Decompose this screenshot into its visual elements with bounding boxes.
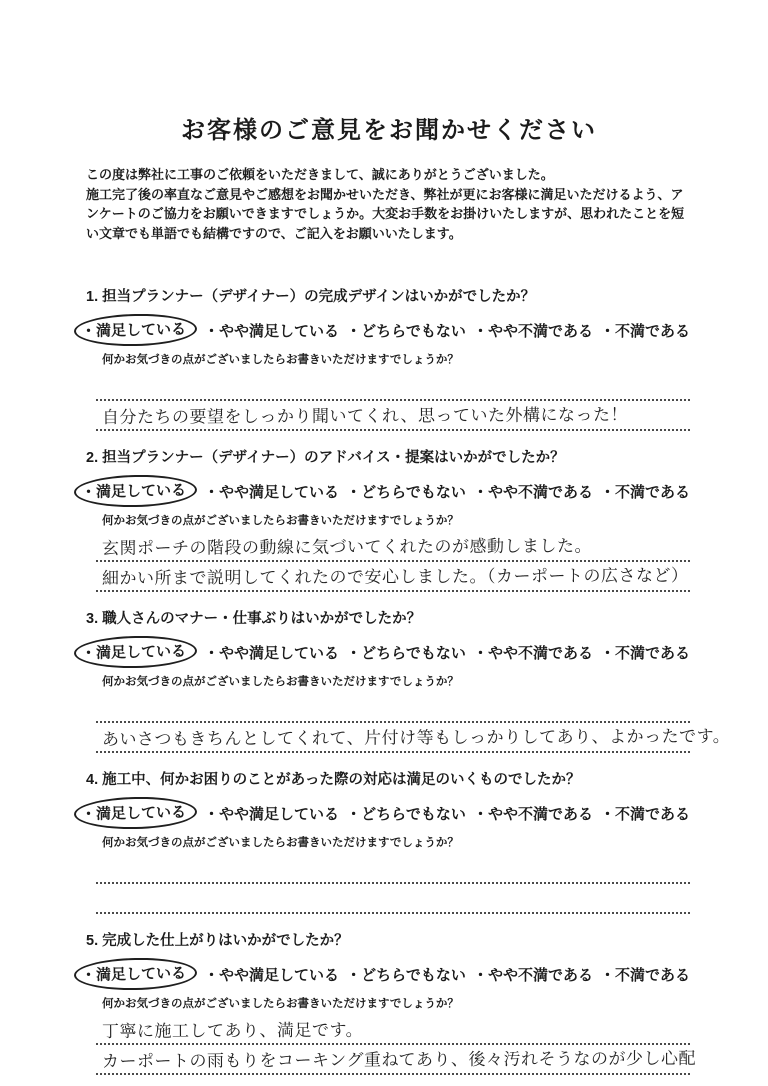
option-label: どちらでもない xyxy=(361,967,466,984)
option-bullet: ・ xyxy=(346,484,361,501)
option-label: どちらでもない xyxy=(361,484,466,501)
option: ・やや満足している xyxy=(204,642,339,663)
handwritten-answer: カーポートの雨もりをコーキング重ねてあり、後々汚れそうなのが少し心配 xyxy=(96,1049,696,1073)
followup-prompt: 何かお気づきの点がございましたらお書きいただけますでしょうか？ xyxy=(102,351,692,367)
answer-line: 自分たちの要望をしっかり聞いてくれ、思っていた外構になった！ xyxy=(96,401,690,431)
answer-area: あいさつもきちんとしてくれて、片付け等もしっかりしてあり、よかったです。 xyxy=(96,693,690,753)
option-label: 不満である xyxy=(615,645,690,662)
option: ・やや不満である xyxy=(473,481,593,502)
answer-line: 丁寧に施工してあり、満足です。 xyxy=(96,1015,690,1045)
option-label: やや不満である xyxy=(488,967,593,984)
option-bullet: ・ xyxy=(473,323,488,340)
option-bullet: ・ xyxy=(473,806,488,823)
option-label: やや不満である xyxy=(488,484,593,501)
answer-area: 玄関ポーチの階段の動線に気づいてくれたのが感動しました。 細かい所まで説明してく… xyxy=(96,532,690,592)
option-label: やや不満である xyxy=(488,806,593,823)
option: ・やや不満である xyxy=(473,964,593,985)
option-bullet: ・ xyxy=(600,645,615,662)
option-label: どちらでもない xyxy=(361,806,466,823)
option: ・どちらでもない xyxy=(346,803,466,824)
option-label: 不満である xyxy=(615,323,690,340)
question-3: 3. 職人さんのマナー・仕事ぶりはいかがでしたか？ ・満足している ・やや満足し… xyxy=(86,607,692,753)
option-label: やや不満である xyxy=(488,323,593,340)
option: ・やや不満である xyxy=(473,642,593,663)
handwritten-answer: 玄関ポーチの階段の動線に気づいてくれたのが感動しました。 xyxy=(96,537,592,560)
option-label: 満足している xyxy=(96,482,186,501)
option-selected-circle: ・満足している xyxy=(74,957,198,992)
option: ・不満である xyxy=(600,964,690,985)
followup-prompt: 何かお気づきの点がございましたらお書きいただけますでしょうか？ xyxy=(102,995,692,1011)
option: ・どちらでもない xyxy=(346,642,466,663)
option-bullet: ・ xyxy=(204,484,219,501)
option-bullet: ・ xyxy=(346,323,361,340)
option-label: 満足している xyxy=(96,804,186,823)
option-bullet: ・ xyxy=(600,967,615,984)
option-bullet: ・ xyxy=(346,806,361,823)
option-label: 不満である xyxy=(615,484,690,501)
question-3-options: ・満足している ・やや満足している ・どちらでもない ・やや不満である ・不満で… xyxy=(74,636,690,668)
handwritten-answer xyxy=(96,720,102,721)
option: ・やや不満である xyxy=(473,320,593,341)
option-label: 不満である xyxy=(615,967,690,984)
option-bullet: ・ xyxy=(204,806,219,823)
option-label: やや満足している xyxy=(219,484,339,501)
handwritten-answer: 自分たちの要望をしっかり聞いてくれ、思っていた外構になった！ xyxy=(96,406,628,429)
option: ・不満である xyxy=(600,803,690,824)
intro-paragraph: この度は弊社に工事のご依頼をいただきまして、誠にありがとうございました。 施工完… xyxy=(86,165,692,243)
option-bullet: ・ xyxy=(473,484,488,501)
option-bullet: ・ xyxy=(473,967,488,984)
option-bullet: ・ xyxy=(81,806,96,823)
option-label: どちらでもない xyxy=(361,323,466,340)
question-5-text: 5. 完成した仕上がりはいかがでしたか？ xyxy=(86,929,692,950)
option-bullet: ・ xyxy=(204,967,219,984)
option-label: やや満足している xyxy=(219,645,339,662)
handwritten-answer: 丁寧に施工してあり、満足です。 xyxy=(96,1021,363,1043)
question-2-text: 2. 担当プランナー（デザイナー）のアドバイス・提案はいかがでしたか？ xyxy=(86,446,692,467)
handwritten-answer xyxy=(96,881,102,882)
followup-prompt: 何かお気づきの点がございましたらお書きいただけますでしょうか？ xyxy=(102,673,692,689)
question-2: 2. 担当プランナー（デザイナー）のアドバイス・提案はいかがでしたか？ ・満足し… xyxy=(86,446,692,592)
handwritten-answer xyxy=(96,911,102,912)
question-2-options: ・満足している ・やや満足している ・どちらでもない ・やや不満である ・不満で… xyxy=(74,475,690,507)
question-5: 5. 完成した仕上がりはいかがでしたか？ ・満足している ・やや満足している ・… xyxy=(86,929,692,1075)
handwritten-answer xyxy=(96,398,102,399)
option-bullet: ・ xyxy=(600,323,615,340)
option: ・不満である xyxy=(600,320,690,341)
option-label: やや満足している xyxy=(219,806,339,823)
option-label: やや不満である xyxy=(488,645,593,662)
option: ・やや満足している xyxy=(204,803,339,824)
question-5-options: ・満足している ・やや満足している ・どちらでもない ・やや不満である ・不満で… xyxy=(74,958,690,990)
survey-document: お客様のご意見をお聞かせください この度は弊社に工事のご依頼をいただきまして、誠… xyxy=(0,0,768,1086)
followup-prompt: 何かお気づきの点がございましたらお書きいただけますでしょうか？ xyxy=(102,834,692,850)
option-bullet: ・ xyxy=(600,484,615,501)
option: ・不満である xyxy=(600,481,690,502)
intro-body: 施工完了後の率直なご意見やご感想をお聞かせいただき、弊社が更にお客様に満足いただ… xyxy=(86,187,684,241)
question-1: 1. 担当プランナー（デザイナー）の完成デザインはいかがでしたか？ ・満足してい… xyxy=(86,285,692,431)
answer-area: 自分たちの要望をしっかり聞いてくれ、思っていた外構になった！ xyxy=(96,371,690,431)
page-title: お客様のご意見をお聞かせください xyxy=(86,110,692,145)
option: ・やや不満である xyxy=(473,803,593,824)
answer-line xyxy=(96,884,690,914)
answer-line: あいさつもきちんとしてくれて、片付け等もしっかりしてあり、よかったです。 xyxy=(96,723,690,753)
option-label: 満足している xyxy=(96,321,186,340)
option-bullet: ・ xyxy=(81,323,96,340)
answer-area: 丁寧に施工してあり、満足です。 カーポートの雨もりをコーキング重ねてあり、後々汚… xyxy=(96,1015,690,1075)
answer-line: カーポートの雨もりをコーキング重ねてあり、後々汚れそうなのが少し心配 xyxy=(96,1045,690,1075)
option-bullet: ・ xyxy=(81,645,96,662)
option: ・どちらでもない xyxy=(346,481,466,502)
option-bullet: ・ xyxy=(204,323,219,340)
option: ・どちらでもない xyxy=(346,320,466,341)
option-bullet: ・ xyxy=(81,484,96,501)
option-bullet: ・ xyxy=(600,806,615,823)
option-label: 満足している xyxy=(96,965,186,984)
followup-prompt: 何かお気づきの点がございましたらお書きいただけますでしょうか？ xyxy=(102,512,692,528)
option: ・どちらでもない xyxy=(346,964,466,985)
answer-line: 細かい所まで説明してくれたので安心しました。（カーポートの広さなど） xyxy=(96,562,690,592)
option-bullet: ・ xyxy=(346,967,361,984)
question-4-text: 4. 施工中、何かお困りのことがあった際の対応は満足のいくものでしたか？ xyxy=(86,768,692,789)
question-3-text: 3. 職人さんのマナー・仕事ぶりはいかがでしたか？ xyxy=(86,607,692,628)
option: ・不満である xyxy=(600,642,690,663)
question-1-text: 1. 担当プランナー（デザイナー）の完成デザインはいかがでしたか？ xyxy=(86,285,692,306)
option-bullet: ・ xyxy=(346,645,361,662)
answer-line xyxy=(96,854,690,884)
option-bullet: ・ xyxy=(81,967,96,984)
question-4: 4. 施工中、何かお困りのことがあった際の対応は満足のいくものでしたか？ ・満足… xyxy=(86,768,692,914)
question-4-options: ・満足している ・やや満足している ・どちらでもない ・やや不満である ・不満で… xyxy=(74,797,690,829)
intro-greeting: この度は弊社に工事のご依頼をいただきまして、誠にありがとうございました。 xyxy=(86,165,692,185)
option-bullet: ・ xyxy=(204,645,219,662)
option-selected-circle: ・満足している xyxy=(74,474,198,509)
question-1-options: ・満足している ・やや満足している ・どちらでもない ・やや不満である ・不満で… xyxy=(74,314,690,346)
answer-line xyxy=(96,371,690,401)
handwritten-answer: あいさつもきちんとしてくれて、片付け等もしっかりしてあり、よかったです。 xyxy=(96,727,730,751)
option-label: やや満足している xyxy=(219,323,339,340)
option-bullet: ・ xyxy=(473,645,488,662)
option-selected-circle: ・満足している xyxy=(74,796,198,831)
option: ・やや満足している xyxy=(204,320,339,341)
option-label: やや満足している xyxy=(219,967,339,984)
handwritten-answer: 細かい所まで説明してくれたので安心しました。（カーポートの広さなど） xyxy=(96,566,689,590)
option-label: 満足している xyxy=(96,643,186,662)
option: ・やや満足している xyxy=(204,481,339,502)
option-label: 不満である xyxy=(615,806,690,823)
answer-line xyxy=(96,693,690,723)
answer-line: 玄関ポーチの階段の動線に気づいてくれたのが感動しました。 xyxy=(96,532,690,562)
option-selected-circle: ・満足している xyxy=(74,313,198,348)
option: ・やや満足している xyxy=(204,964,339,985)
answer-area xyxy=(96,854,690,914)
option-label: どちらでもない xyxy=(361,645,466,662)
option-selected-circle: ・満足している xyxy=(74,635,198,670)
